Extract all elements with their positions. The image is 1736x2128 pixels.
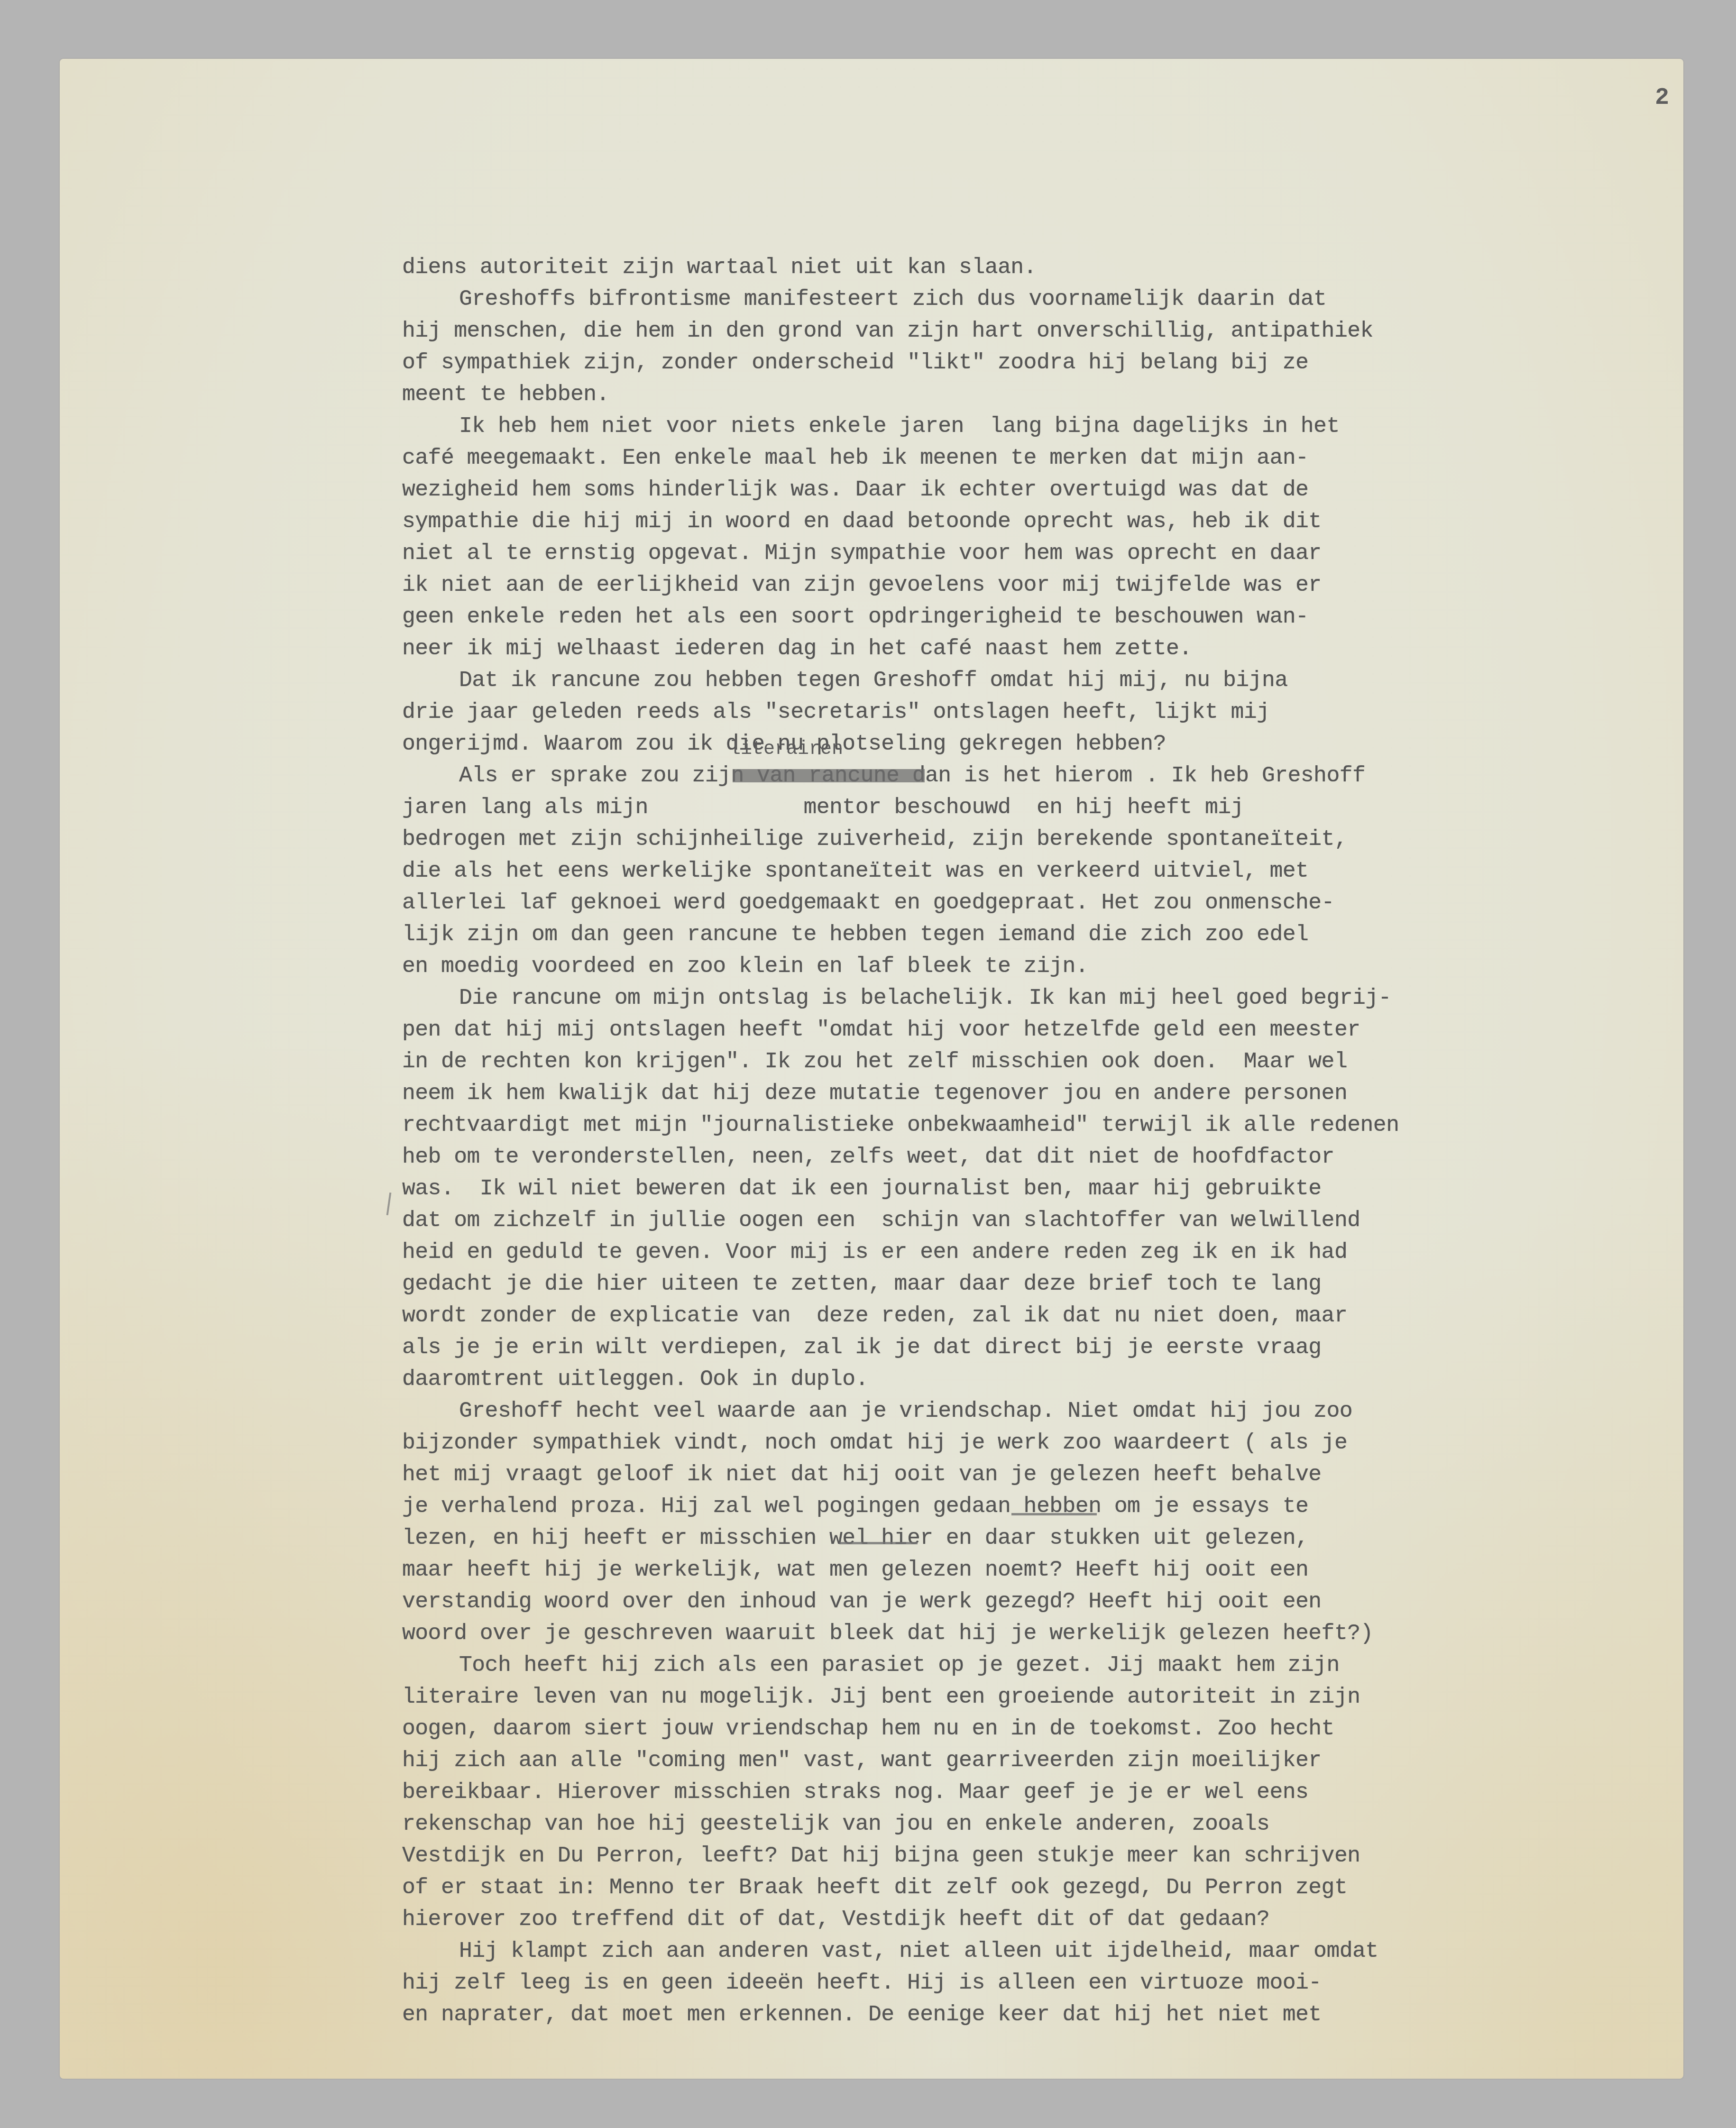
text-line: lezen, en hij heeft er misschien wel hie…	[402, 1522, 1682, 1554]
text-line: Vestdijk en Du Perron, leeft? Dat hij bi…	[402, 1840, 1682, 1871]
text-line: ik niet aan de eerlijkheid van zijn gevo…	[402, 569, 1682, 601]
text-line: jaren lang als mijn mentor beschouwd en …	[402, 791, 1682, 823]
text-line: lijk zijn om dan geen rancune te hebben …	[402, 918, 1682, 950]
text-line: hierover zoo treffend dit of dat, Vestdi…	[402, 1903, 1682, 1935]
text-line: of sympathiek zijn, zonder onderscheid "…	[402, 347, 1682, 378]
text-line: literaire leven van nu mogelijk. Jij ben…	[402, 1681, 1682, 1713]
letter-body: diens autoriteit zijn wartaal niet uit k…	[402, 251, 1682, 2030]
text-line: Greshoff hecht veel waarde aan je vriend…	[402, 1395, 1682, 1427]
text-line: Hij klampt zich aan anderen vast, niet a…	[402, 1935, 1682, 1967]
text-line: rekenschap van hoe hij geestelijk van jo…	[402, 1808, 1682, 1840]
text-line: wezigheid hem soms hinderlijk was. Daar …	[402, 474, 1682, 505]
text-line: wordt zonder de explicatie van deze rede…	[402, 1300, 1682, 1331]
text-line: Dat ik rancune zou hebben tegen Greshoff…	[402, 664, 1682, 696]
struck-out-word	[733, 769, 925, 782]
text-line: Ik heb hem niet voor niets enkele jaren …	[402, 410, 1682, 442]
typed-insertion: literairen	[729, 739, 843, 760]
text-line: bedrogen met zijn schijnheilige zuiverhe…	[402, 823, 1682, 855]
text-line: neem ik hem kwalijk dat hij deze mutatie…	[402, 1077, 1682, 1109]
text-line: meent te hebben.	[402, 378, 1682, 410]
text-line: gedacht je die hier uiteen te zetten, ma…	[402, 1268, 1682, 1300]
text-line: in de rechten kon krijgen". Ik zou het z…	[402, 1046, 1682, 1077]
text-line: hij menschen, die hem in den grond van z…	[402, 315, 1682, 347]
text-line: was. Ik wil niet beweren dat ik een jour…	[402, 1173, 1682, 1204]
text-line: allerlei laf geknoei werd goedgemaakt en…	[402, 887, 1682, 918]
text-line: ongerijmd. Waarom zou ik die nu plotseli…	[402, 728, 1682, 760]
text-line: geen enkele reden het als een soort opdr…	[402, 601, 1682, 633]
text-line: daaromtrent uitleggen. Ook in duplo.	[402, 1363, 1682, 1395]
text-line: Toch heeft hij zich als een parasiet op …	[402, 1649, 1682, 1681]
text-line: je verhalend proza. Hij zal wel pogingen…	[402, 1490, 1682, 1522]
underline-inhoud	[839, 1542, 918, 1544]
text-line: hij zich aan alle "coming men" vast, wan…	[402, 1744, 1682, 1776]
text-line: verstandig woord over den inhoud van je …	[402, 1586, 1682, 1617]
text-line: Greshoffs bifrontisme manifesteert zich …	[402, 283, 1682, 315]
text-line: drie jaar geleden reeds als "secretaris"…	[402, 696, 1682, 728]
text-line: dat om zichzelf in jullie oogen een schi…	[402, 1204, 1682, 1236]
text-line: Die rancune om mijn ontslag is belacheli…	[402, 982, 1682, 1014]
text-line: oogen, daarom siert jouw vriendschap hem…	[402, 1713, 1682, 1744]
text-line: woord over je geschreven waaruit bleek d…	[402, 1617, 1682, 1649]
text-line: of er staat in: Menno ter Braak heeft di…	[402, 1871, 1682, 1903]
text-line: pen dat hij mij ontslagen heeft "omdat h…	[402, 1014, 1682, 1046]
text-line: en moedig voordeed en zoo klein en laf b…	[402, 950, 1682, 982]
text-line: bijzonder sympathiek vindt, noch omdat h…	[402, 1427, 1682, 1458]
text-line: heb om te veronderstellen, neen, zelfs w…	[402, 1141, 1682, 1173]
text-line: Als er sprake zou zijn van rancune dan i…	[402, 760, 1682, 791]
text-line: het mij vraagt geloof ik niet dat hij oo…	[402, 1458, 1682, 1490]
text-line: rechtvaardigt met mijn "journalistieke o…	[402, 1109, 1682, 1141]
text-line: die als het eens werkelijke spontaneïtei…	[402, 855, 1682, 887]
text-line: niet al te ernstig opgevat. Mijn sympath…	[402, 537, 1682, 569]
text-line: neer ik mij welhaast iederen dag in het …	[402, 633, 1682, 664]
text-line: als je je erin wilt verdiepen, zal ik je…	[402, 1331, 1682, 1363]
text-line: heid en geduld te geven. Voor mij is er …	[402, 1236, 1682, 1268]
underline-gelezen	[1011, 1513, 1097, 1515]
page-number: 2	[1655, 84, 1669, 111]
text-line: café meegemaakt. Een enkele maal heb ik …	[402, 442, 1682, 474]
text-line: diens autoriteit zijn wartaal niet uit k…	[402, 251, 1682, 283]
text-line: maar heeft hij je werkelijk, wat men gel…	[402, 1554, 1682, 1586]
text-line: bereikbaar. Hierover misschien straks no…	[402, 1776, 1682, 1808]
text-line: sympathie die hij mij in woord en daad b…	[402, 505, 1682, 537]
text-line: en naprater, dat moet men erkennen. De e…	[402, 1999, 1682, 2030]
text-line: hij zelf leeg is en geen ideeën heeft. H…	[402, 1967, 1682, 1999]
